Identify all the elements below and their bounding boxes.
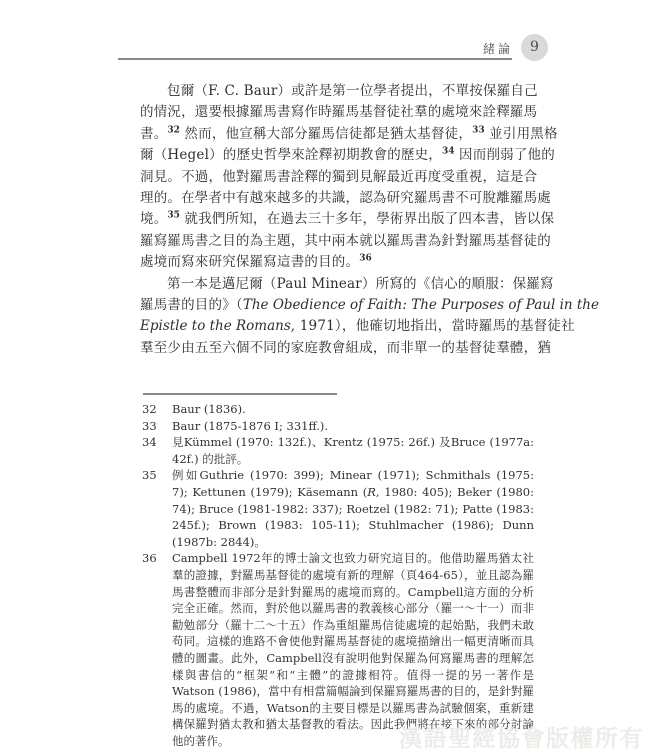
text-segment: 見Kümmel (1970: 132f.)、Krentz (1975: 26f.… <box>172 435 534 466</box>
footnote-item: 35例如Guthrie (1970: 399); Minear (1971); … <box>142 467 534 550</box>
footnote-marker: 36 <box>359 254 372 264</box>
text-segment: 羅馬書的目的》（ <box>140 297 243 313</box>
footnote-marker: 34 <box>442 147 455 157</box>
text-segment: 境。 <box>140 211 167 227</box>
text-line: 洞見。不過，他對羅馬書詮釋的獨到見解最近再度受重視，這是合 <box>140 167 533 188</box>
footnote-marker: 35 <box>167 211 180 221</box>
footnote-text: Baur (1836). <box>172 401 534 418</box>
paragraph: 包爾（F. C. Baur）或許是第一位學者提出，不單按保羅自己的情況，還要根據… <box>140 81 533 274</box>
text-line: 處境而寫來研究保羅寫這書的目的。36 <box>140 252 533 273</box>
text-segment: 羅寫羅馬書之目的為主題，其中兩本就以羅馬書為針對羅馬基督徒的 <box>140 233 551 249</box>
watermark: 漢語聖經協會版權所有 <box>399 720 644 750</box>
text-segment: 並引用黑格 <box>485 126 558 142</box>
text-segment: 第一本是邁尼爾（Paul Minear）所寫的《信心的順服：保羅寫 <box>167 276 554 292</box>
text-line: 書。32 然而，他宣稱大部分羅馬信徒都是猶太基督徒，33 並引用黑格 <box>140 124 533 145</box>
text-line: 理的。在學者中有越來越多的共識，認為研究羅馬書不可脫離羅馬處 <box>140 188 533 209</box>
text-segment: 洞見。不過，他對羅馬書詮釋的獨到見解最近再度受重視，這是合 <box>140 169 537 185</box>
text-line: 羣至少由五至六個不同的家庭教會組成，而非單一的基督徒羣體，猶 <box>140 338 533 359</box>
running-head: 緒論 <box>483 40 513 57</box>
text-segment: The Obedience of Faith: The Purposes of … <box>243 297 599 313</box>
footnote-marker: 33 <box>472 125 485 135</box>
footnote-text: 見Kümmel (1970: 132f.)、Krentz (1975: 26f.… <box>172 434 534 467</box>
text-line: 包爾（F. C. Baur）或許是第一位學者提出，不單按保羅自己 <box>140 81 533 102</box>
text-segment: Campbell 1972年的博士論文也致力研究這目的。他借助羅馬猶太社羣的證據… <box>172 551 534 748</box>
footnote-number: 36 <box>142 550 172 749</box>
text-line: 羅馬書的目的》（The Obedience of Faith: The Purp… <box>140 295 533 316</box>
footnote-text: 例如Guthrie (1970: 399); Minear (1971); Sc… <box>172 467 534 550</box>
text-segment: Baur (1875-1876 I; 331ff.). <box>172 419 328 433</box>
text-segment: 書。 <box>140 126 167 142</box>
footnote-number: 34 <box>142 434 172 467</box>
footnote-item: 32Baur (1836). <box>142 401 534 418</box>
text-segment: , 1971），他確切地指出，當時羅馬的基督徒社 <box>291 318 575 334</box>
footnote-text: Baur (1875-1876 I; 331ff.). <box>172 418 534 435</box>
footnote-number: 35 <box>142 467 172 550</box>
header-rule <box>118 58 512 60</box>
book-page: 緒論 9 包爾（F. C. Baur）或許是第一位學者提出，不單按保羅自己的情況… <box>0 0 650 750</box>
text-segment: 理的。在學者中有越來越多的共識，認為研究羅馬書不可脫離羅馬處 <box>140 190 551 206</box>
text-segment: 處境而寫來研究保羅寫這書的目的。 <box>140 254 359 270</box>
text-segment: 包爾（F. C. Baur）或許是第一位學者提出，不單按保羅自己 <box>167 83 538 99</box>
footnote-marker: 32 <box>167 125 180 135</box>
page-number-badge: 9 <box>521 34 548 61</box>
text-line: 的情況，還要根據羅馬書寫作時羅馬基督徒社羣的處境來詮釋羅馬 <box>140 102 533 123</box>
text-segment: 羣至少由五至六個不同的家庭教會組成，而非單一的基督徒羣體，猶 <box>140 340 551 356</box>
text-line: Epistle to the Romans, 1971），他確切地指出，當時羅馬… <box>140 316 533 337</box>
footnote-number: 32 <box>142 401 172 418</box>
footnotes: 32Baur (1836).33Baur (1875-1876 I; 331ff… <box>142 401 534 749</box>
text-segment: 就我們所知，在過去三十多年，學術界出版了四本書，皆以保 <box>180 211 554 227</box>
text-segment: R <box>367 485 376 499</box>
text-line: 第一本是邁尼爾（Paul Minear）所寫的《信心的順服：保羅寫 <box>140 274 533 295</box>
footnote-number: 33 <box>142 418 172 435</box>
text-line: 境。35 就我們所知，在過去三十多年，學術界出版了四本書，皆以保 <box>140 209 533 230</box>
text-segment: 爾（Hegel）的歷史哲學來詮釋初期教會的歷史， <box>140 147 442 163</box>
text-segment: 因而削弱了他的 <box>455 147 555 163</box>
text-segment: 然而，他宣稱大部分羅馬信徒都是猶太基督徒， <box>180 126 472 142</box>
footnote-item: 34見Kümmel (1970: 132f.)、Krentz (1975: 26… <box>142 434 534 467</box>
text-segment: 的情況，還要根據羅馬書寫作時羅馬基督徒社羣的處境來詮釋羅馬 <box>140 104 537 120</box>
text-line: 羅寫羅馬書之目的為主題，其中兩本就以羅馬書為針對羅馬基督徒的 <box>140 231 533 252</box>
text-line: 爾（Hegel）的歷史哲學來詮釋初期教會的歷史，34 因而削弱了他的 <box>140 145 533 166</box>
footnote-separator <box>143 393 337 395</box>
footnote-item: 33Baur (1875-1876 I; 331ff.). <box>142 418 534 435</box>
text-segment: Baur (1836). <box>172 402 246 416</box>
text-segment: Epistle to the Romans <box>140 318 291 334</box>
body-text: 包爾（F. C. Baur）或許是第一位學者提出，不單按保羅自己的情況，還要根據… <box>140 81 533 359</box>
paragraph: 第一本是邁尼爾（Paul Minear）所寫的《信心的順服：保羅寫羅馬書的目的》… <box>140 274 533 360</box>
